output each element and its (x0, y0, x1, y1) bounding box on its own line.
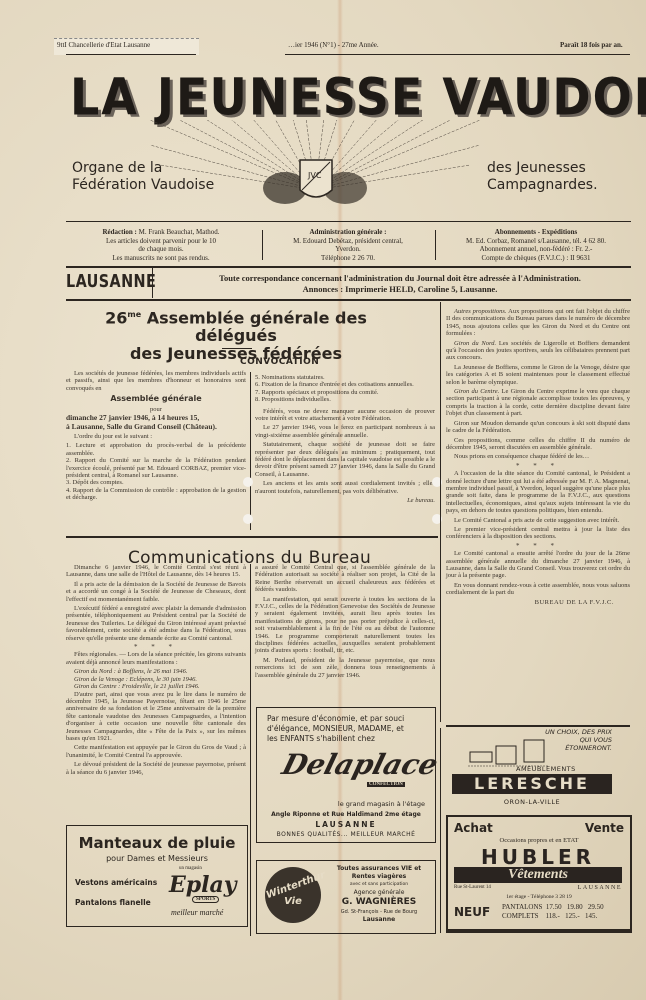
ad-line: Par mesure d'économie, et par souci (267, 714, 425, 724)
ad-line: Agence générale (327, 889, 431, 897)
ad-subtitle: pour Dames et Messieurs (67, 854, 247, 863)
info-line: M. Edouard Debétaz, président central, (268, 237, 428, 246)
price-values: 118.- 125.- 145. (546, 912, 598, 920)
proposal-text: Giron sur Moudon demande qu'un concours … (446, 420, 630, 435)
ad-vente: Vente (585, 821, 624, 835)
price-label: COMPLETS (502, 912, 539, 920)
ad-tagline: QUI VOUS (526, 736, 612, 744)
ad-delaplace: Par mesure d'économie, et par souci d'él… (256, 707, 436, 843)
ad-line: Occasions propres et en ETAT (448, 837, 630, 844)
info-line: Les manuscrits ne sont pas rendus. (66, 254, 256, 263)
agenda-item: 1. Lecture et approbation du procès-verb… (66, 442, 246, 457)
ad-title: Manteaux de pluie (67, 834, 247, 852)
paragraph: Le 27 janvier 1946, vous le ferez en par… (255, 424, 435, 439)
redaction-info: Rédaction : M. Frank Beauchat, Mathod. L… (66, 228, 256, 262)
paragraph: Fédérés, vous ne devez manquer aucune oc… (255, 408, 435, 423)
ad-city: LAUSANNE (578, 885, 622, 891)
headline-num: 26 (105, 308, 127, 327)
svg-text:JVC: JVC (307, 171, 322, 180)
convocation-col-1: Les sociétés de jeunesse fédérées, les m… (66, 370, 246, 502)
proposal-title: Giron du Nord. (454, 340, 496, 347)
headline-sup: me (127, 310, 141, 319)
communication-text: Fêtes régionales. — Lors de la séance pr… (66, 651, 246, 666)
communication-text: Le Comité Cantonal a pris acte de cette … (446, 517, 630, 524)
proposal-text: La Jeunesse de Boffiens, comme le Giron … (446, 364, 630, 386)
proposal-title: Autres propositions. (454, 308, 507, 315)
subtitle-right: des Jeunesses Campagnardes. (487, 160, 598, 194)
proposal-title: Giron du Centre. (454, 388, 499, 395)
delaplace-logo: Delaplace (279, 748, 442, 781)
fete-item: Giron du Nord : à Boffiens, le 26 mai 19… (66, 668, 246, 675)
signature: Le bureau. (255, 497, 435, 504)
ad-manteaux: Manteaux de pluie pour Dames et Messieur… (66, 825, 248, 927)
ad-line: Toutes assurances VIE et (327, 865, 431, 873)
intro-text: Les sociétés de jeunesse fédérées, les m… (66, 370, 246, 392)
rule (66, 536, 438, 538)
communication-text: L'exécutif fédéré a enregistré avec plai… (66, 605, 246, 642)
newspaper-page: 9ttI Chancellerie d'Etat Lausanne …ier 1… (0, 0, 646, 1000)
punch-hole (243, 477, 253, 487)
ad-item: Vestons américains (75, 878, 157, 887)
agenda-item: 5. Nominations statutaires. (255, 374, 435, 381)
subtitle-right-line: des Jeunesses (487, 160, 598, 177)
ad-tagline: UN CHOIX, DES PRIX (526, 728, 612, 736)
communication-text: Il a pris acte de la démission de la Soc… (66, 581, 246, 603)
communication-text: En vous donnant rendez-vous à cette asse… (446, 582, 630, 597)
annonces-line: Annonces : Imprimerie HELD, Caroline 5, … (170, 284, 630, 295)
paragraph: Les anciens et les amis sont aussi cordi… (255, 480, 435, 495)
ad-winterthur: Winterthur Vie Toutes assurances VIE et … (256, 860, 436, 934)
abonnements-info: Abonnements - Expéditions M. Ed. Corbaz,… (440, 228, 632, 262)
communications-col-2: a assuré le Comité Central que, si l'ass… (255, 564, 435, 681)
hubler-logo: HUBLER (468, 845, 608, 869)
communication-text: Cette manifestation est appuyée par le G… (66, 744, 246, 759)
communication-text: a assuré le Comité Central que, si l'ass… (255, 564, 435, 594)
ordre-intro: L'ordre du jour est le suivant : (66, 433, 246, 440)
separator-stars: * * * (66, 644, 246, 651)
masthead-title: LA JEUNESSE VAUDOISE (70, 67, 630, 126)
separator-stars: * * * (446, 463, 630, 470)
divider (250, 564, 251, 936)
price-label: PANTALONS (502, 903, 542, 911)
ad-badge: SPORTS (192, 896, 219, 903)
city-banner: LAUSANNE (66, 271, 156, 292)
communications-col-1: Dimanche 6 janvier 1946, le Comité Centr… (66, 564, 246, 778)
info-line: Les articles doivent parvenir pour le 10 (66, 237, 256, 246)
ad-category: AMEUBLEMENTS (516, 765, 576, 773)
frequency: Paraît 18 fois par an. (560, 41, 623, 49)
communication-text: Le dévoué président de la Société de jeu… (66, 761, 246, 776)
divider (262, 230, 263, 260)
ad-leresche: UN CHOIX, DES PRIX QUI VOUS ÉTONNERONT. … (446, 728, 630, 810)
info-line: M. Frank Beauchat, Mathod. (139, 228, 220, 236)
leresche-logo: LERESCHE (452, 774, 612, 794)
rule (66, 54, 196, 55)
ad-line: 1er étage - Téléphone 3 28 19 (448, 894, 630, 900)
vetements-banner: Vêtements (454, 867, 622, 883)
info-line: Yverdon. (268, 245, 428, 254)
ad-city: Lausanne (327, 916, 431, 924)
rule (446, 725, 630, 727)
ad-achat: Achat (454, 821, 493, 835)
paragraph: Statutairement, chaque société de jeunes… (255, 441, 435, 478)
proposal-text: Ces propositions, comme celles du chiffr… (446, 437, 630, 452)
eplay-logo: Eplay (169, 872, 237, 898)
ad-neuf: NEUF (454, 905, 490, 919)
subtitle-left-line: Fédération Vaudoise (72, 177, 214, 194)
communication-text: D'autre part, ainsi que vous avez pu le … (66, 691, 246, 743)
ad-line: d'élégance, MONSIEUR, MADAME, et (267, 724, 425, 734)
ad-agent: G. WAGNIÈRES (327, 897, 431, 908)
issue-line: …ier 1946 (N°1) - 27me Année. (288, 41, 379, 49)
agenda-item: 7. Rapports spéciaux et propositions du … (255, 389, 435, 396)
ad-city: ORON-LA-VILLE (446, 798, 618, 806)
agenda-item: 8. Propositions individuelles. (255, 396, 435, 403)
communication-text: La manifestation, qui serait ouverte à t… (255, 596, 435, 655)
communication-text: Le premier vice-président central mettra… (446, 526, 630, 541)
convocation-col-2: 5. Nominations statutaires. 6. Fixation … (255, 374, 435, 505)
rule (66, 221, 631, 222)
agenda-item: 3. Dépôt des comptes. (66, 479, 246, 486)
archive-label-text: 9ttI Chancellerie d'Etat Lausanne (57, 41, 150, 49)
ad-line: avec et sans participation (327, 881, 431, 889)
agenda-item: 6. Fixation de la finance d'entrée et de… (255, 381, 435, 388)
ad-line: le grand magasin à l'étage (338, 800, 425, 808)
ad-tagline: meilleur marché (171, 908, 223, 917)
subtitle-left: Organe de la Fédération Vaudoise (72, 160, 214, 194)
correspondence-notice: Toute correspondance concernant l'admini… (170, 273, 630, 295)
redaction-heading: Rédaction : (102, 228, 136, 236)
rule (66, 266, 631, 268)
ad-line: Rentes viagères (327, 873, 431, 881)
info-line: M. Ed. Corbaz, Romanel s/Lausanne, tél. … (440, 237, 632, 246)
fete-item: Giron du Centre : Froideville, le 21 jui… (66, 683, 246, 690)
winterthur-logo-icon: Winterthur Vie (265, 867, 321, 923)
assembly-headline: 26me Assemblée générale des délégués des… (66, 306, 406, 363)
divider (440, 728, 441, 933)
info-line: Compte de chèques (F.V.J.C.) : II 9631 (440, 254, 632, 263)
ad-tagline: ÉTONNERONT. (526, 744, 612, 752)
ad-hubler: Achat Vente Occasions propres et en ETAT… (446, 815, 632, 933)
divider (152, 268, 153, 298)
rule (285, 54, 630, 55)
info-line: Téléphone 2 26 70. (268, 254, 428, 263)
rule (222, 348, 252, 349)
ad-line: Angle Riponne et Rue Haldimand 2me étage (257, 811, 435, 818)
divider (250, 372, 251, 530)
date-line: dimanche 27 janvier 1946, à 14 heures 15… (66, 413, 246, 422)
ad-address: Gd. St-François - Rue de Bourg (327, 908, 431, 916)
ad-address: Rue St-Laurent 14 (454, 885, 491, 890)
ad-line: les ENFANTS s'habillent chez (267, 734, 425, 744)
communication-text: Dimanche 6 janvier 1946, le Comité Centr… (66, 564, 246, 579)
agenda-item: 4. Rapport de la Commission de contrôle … (66, 487, 246, 502)
convocation-heading: CONVOCATION (240, 357, 319, 367)
fete-item: Giron de la Venoge : Eclépens, le 30 jui… (66, 676, 246, 683)
ad-item: Pantalons flanelle (75, 898, 151, 907)
administration-heading: Administration générale : (268, 228, 428, 237)
right-column-proposals: Autres propositions. Aux propositions qu… (446, 308, 630, 606)
bureau-signature: BUREAU DE LA F.V.J.C. (446, 599, 630, 606)
correspondence-line: Toute correspondance concernant l'admini… (170, 273, 630, 284)
communication-text: M. Porlaud, président de la Jeunesse pay… (255, 657, 435, 679)
divider (435, 230, 436, 260)
ad-brand-top: un magasin (179, 866, 202, 871)
divider (440, 302, 441, 722)
administration-info: Administration générale : M. Edouard Deb… (268, 228, 428, 262)
ad-badge: CONFECTION (367, 782, 405, 787)
info-line: Abonnement annuel, non-fédéré : Fr. 2.- (440, 245, 632, 254)
communication-text: Le Comité cantonal a ensuite arrêté l'or… (446, 550, 630, 580)
separator-stars: * * * (446, 543, 630, 550)
communication-text: A l'occasion de la dite séance du Comité… (446, 470, 630, 514)
ad-slogan: BONNES QUALITÉS... MEILLEUR MARCHÉ (257, 831, 435, 838)
subtitle-left-line: Organe de la (72, 160, 214, 177)
price-values: 17.50 19.80 29.50 (546, 903, 604, 911)
ad-city: LAUSANNE (257, 820, 435, 829)
info-line: de chaque mois. (66, 245, 256, 254)
headline-text: Assemblée générale des délégués (141, 308, 367, 345)
agenda-item: 2. Rapport du Comité sur la marche de la… (66, 457, 246, 479)
rule (66, 299, 631, 301)
punch-hole (243, 514, 253, 524)
abonnements-heading: Abonnements - Expéditions (440, 228, 632, 237)
proposal-text: Nous prions en conséquence chaque fédéré… (446, 453, 630, 460)
assemblee-heading: Assemblée générale (66, 395, 246, 402)
place-line: à Lausanne, Salle du Grand Conseil (Chât… (66, 422, 246, 431)
subtitle-right-line: Campagnardes. (487, 177, 598, 194)
pour-text: pour (66, 406, 246, 413)
